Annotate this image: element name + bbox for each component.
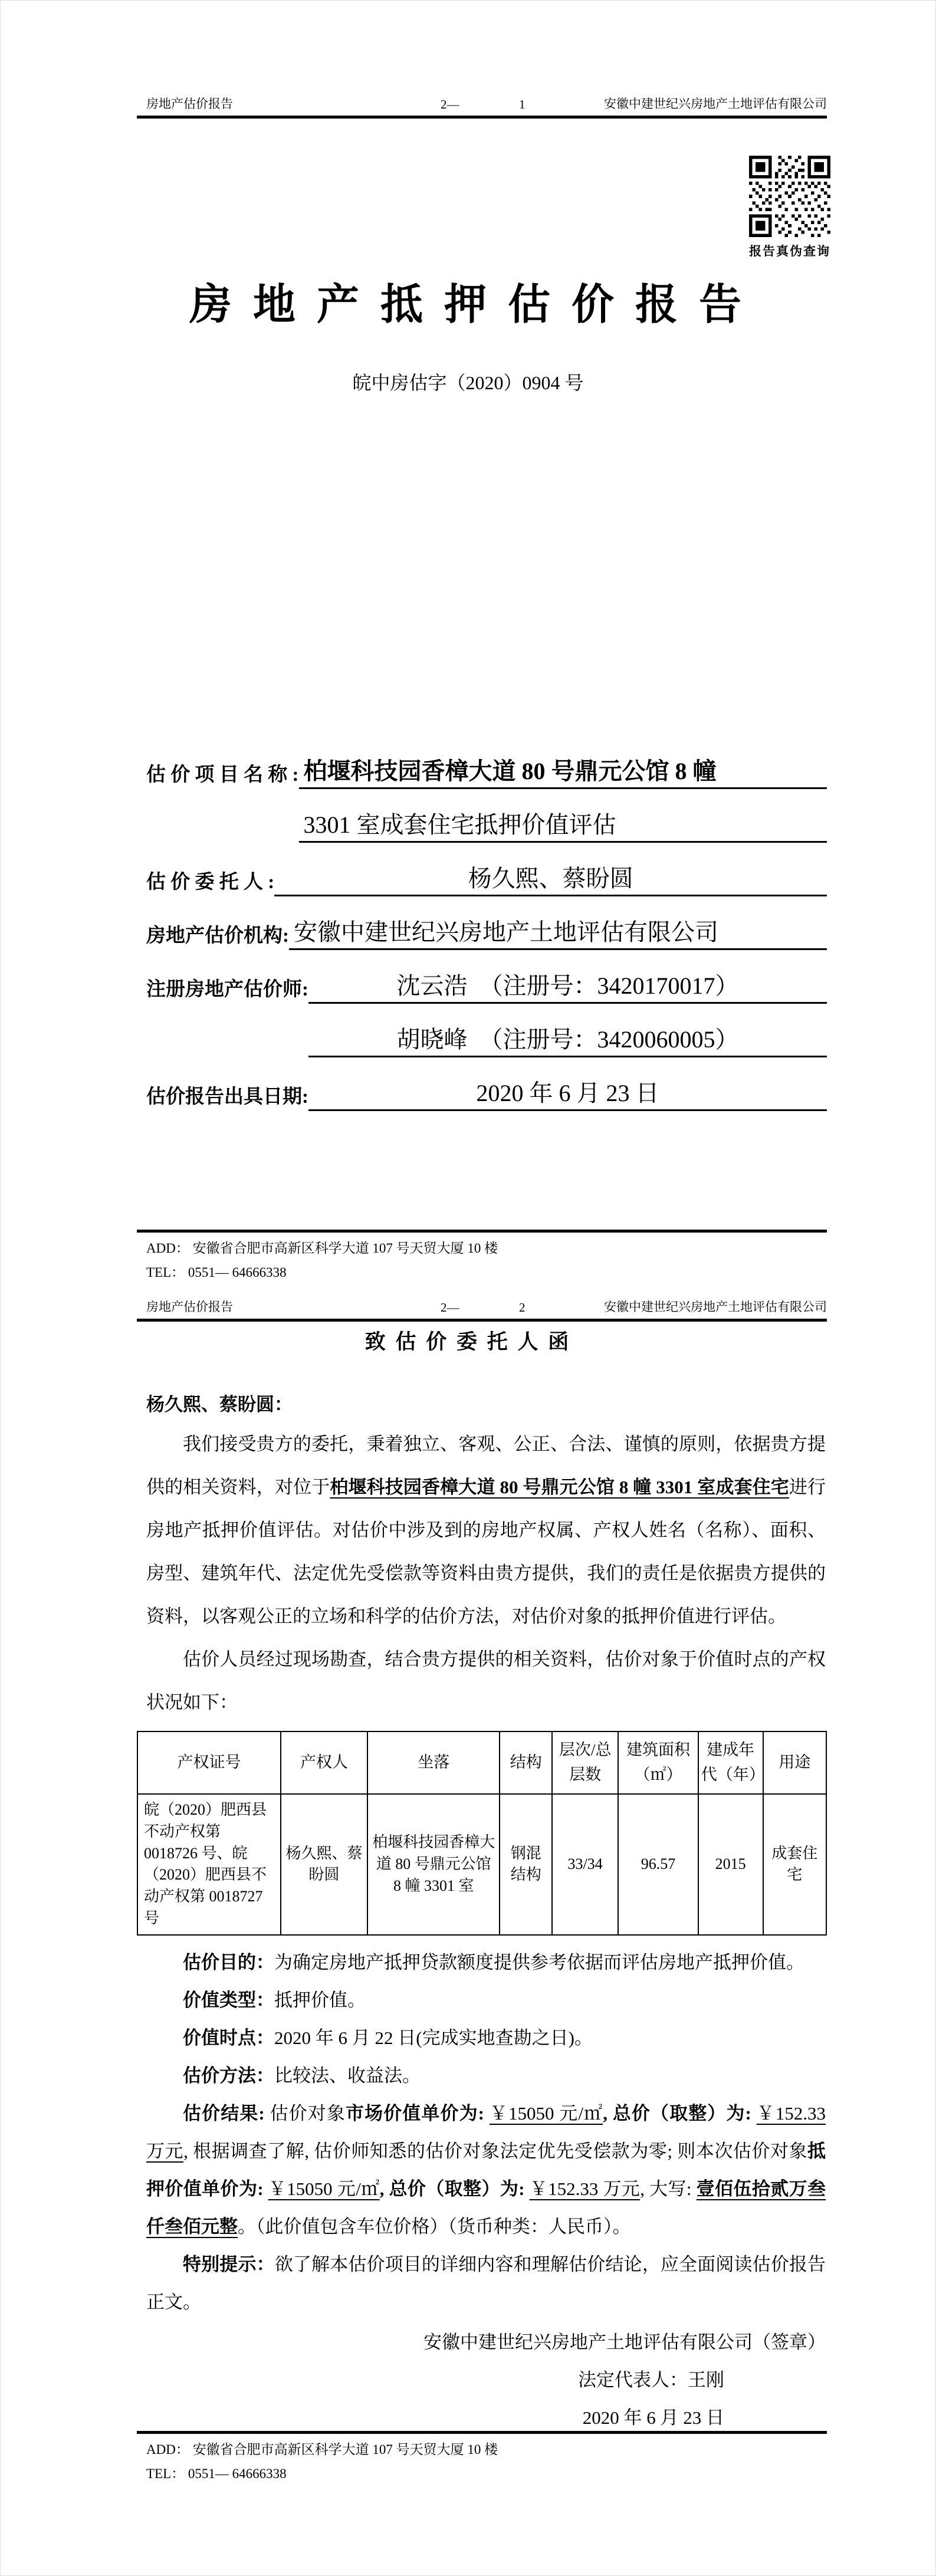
qr-verify-label: 报告真伪查询 [748,242,832,259]
letter-paragraph-1: 我们接受贵方的委托，秉着独立、客观、公正、合法、谨慎的原则，依据贵方提供的相关资… [146,1422,826,1638]
text-run: , [603,2103,613,2124]
table-header-cell: 用途 [763,1731,827,1794]
table-cell: 2015 [698,1794,763,1935]
info-row: 房地产估价机构:安徽中建世纪兴房地产土地评估有限公司 [146,896,827,950]
letter-body: 杨久熙、蔡盼圆： 我们接受贵方的委托，秉着独立、客观、公正、合法、谨慎的原则，依… [146,1387,826,2437]
text-run: 为确定房地产抵押贷款额度提供参考依据而评估房地产抵押价值。 [274,1952,804,1973]
table-header-cell: 坐落 [367,1731,500,1794]
footer-rule [137,2431,827,2434]
report-number: 皖中房估字（2020）0904 号 [0,368,936,395]
info-value: 杨久熙、蔡盼圆 [274,864,827,896]
text-run: , 根据调查了解, 估价师知悉的估价对象法定优先受偿款为零; 则本次估价对象 [183,2141,807,2161]
footer-contact: ADD： 安徽省合肥市高新区科学大道 107 号天贸大厦 10 楼 TEL： 0… [146,2437,498,2486]
header-pages-prefix: 2— [441,97,459,112]
valuation-item: 价值时点：2020 年 6 月 22 日(完成实地查勘之日)。 [146,2019,826,2057]
special-note: 特别提示：欲了解本估价项目的详细内容和理解估价结论，应全面阅读估价报告正文。 [146,2246,826,2321]
text-run: ￥15050 元/㎡ [490,2103,603,2124]
table-row: 皖（2020）肥西县不动产权第 0018726 号、皖（2020）肥西县不动产权… [137,1794,826,1935]
signature-legal-rep: 法定代表人：王刚 [146,2361,826,2399]
text-run: 总价（取整）为: [613,2103,757,2124]
text-run: ￥152.33 万元 [530,2179,641,2199]
signature-company: 安徽中建世纪兴房地产土地评估有限公司（签章） [146,2324,826,2361]
table-header-cell: 结构 [500,1731,552,1794]
table-cell: 成套住宅 [763,1794,827,1935]
table-cell: 柏堰科技园香樟大道 80 号鼎元公馆 8 幢 3301 室 [367,1794,500,1935]
table-cell: 33/34 [552,1794,618,1935]
info-value: 安徽中建世纪兴房地产土地评估有限公司 [289,918,827,950]
info-row: 估价报告出具日期:2020 年 6 月 23 日 [146,1057,827,1111]
table-cell: 96.57 [618,1794,698,1935]
text-run: 总价（取整）为: [389,2179,530,2199]
table-cell: 钢混结构 [500,1794,552,1935]
footer-address: ADD： 安徽省合肥市高新区科学大道 107 号天贸大厦 10 楼 [146,2437,498,2462]
valuation-item: 价值类型：抵押价值。 [146,1982,826,2019]
text-run: ￥15050 元/㎡ [268,2179,380,2199]
footer-rule [137,1230,827,1233]
info-label: 房地产估价机构: [146,920,289,950]
report-title: 房 地 产 抵 押 估 价 报 告 [0,270,936,331]
table-header-cell: 层次/总 层数 [552,1731,618,1794]
info-label: 估 价 项 目 名 称 : [146,759,299,789]
table-header-cell: 产权证号 [137,1731,281,1794]
header-doc-type: 房地产估价报告 [146,94,233,112]
letter-title: 致 估 价 委 托 人 函 [0,1326,936,1355]
text-run: 市场价值单价为: [346,2103,490,2124]
info-row: 估 价 项 目 名 称 :柏堰科技园香樟大道 80 号鼎元公馆 8 幢 [146,735,827,789]
footer-address: ADD： 安徽省合肥市高新区科学大道 107 号天贸大厦 10 楼 [146,1236,498,1260]
text-run: 估价对象 [270,2103,346,2124]
valuation-item: 估价方法：比较法、收益法。 [146,2057,826,2095]
report-page: 房地产估价报告 2— 1 安徽中建世纪兴房地产土地评估有限公司 报告真伪查询 房… [0,0,936,2576]
table-header-cell: 建筑面积 （㎡） [618,1731,698,1794]
info-value: 3301 室成套住宅抵押价值评估 [299,810,827,843]
info-value: 柏堰科技园香樟大道 80 号鼎元公馆 8 幢 [299,757,827,789]
valuation-result: 估价结果: 估价对象市场价值单价为: ￥15050 元/㎡, 总价（取整）为: … [146,2095,826,2246]
info-label: 估价报告出具日期: [146,1081,308,1111]
info-label: 注册房地产估价师: [146,974,308,1004]
header-company-name: 安徽中建世纪兴房地产土地评估有限公司 [604,1297,827,1315]
text-run: 进行房地产抵押价值评估。对估价中涉及到的房地产权属、产权人姓名（名称）、面积、房… [146,1477,826,1627]
header-company-name: 安徽中建世纪兴房地产土地评估有限公司 [604,94,827,112]
footer-phone: TEL： 0551— 64666338 [146,1260,498,1284]
text-run: , 大写: [640,2179,696,2199]
text-run: 价值时点： [183,2028,274,2048]
property-rights-table: 产权证号产权人坐落结构层次/总 层数建筑面积 （㎡）建成年 代（年）用途皖（20… [137,1731,827,1936]
info-row: 注册房地产估价师:沈云浩 （注册号：3420170017） [146,950,827,1004]
header-page-number: 2 [519,1300,526,1315]
table-header-cell: 产权人 [281,1731,367,1794]
header-page-number: 1 [519,97,526,112]
page1-running-header: 房地产估价报告 2— 1 安徽中建世纪兴房地产土地评估有限公司 [137,88,827,119]
text-run: 2020 年 6 月 22 日(完成实地查勘之日)。 [274,2028,593,2048]
valuation-item: 估价目的：为确定房地产抵押贷款额度提供参考依据而评估房地产抵押价值。 [146,1944,826,1982]
cover-info-block: 估 价 项 目 名 称 :柏堰科技园香樟大道 80 号鼎元公馆 8 幢估 价 项… [146,735,827,1111]
header-pages-prefix: 2— [441,1300,459,1315]
letter-paragraph-2: 估价人员经过现场勘查，结合贵方提供的相关资料，估价对象于价值时点的产权状况如下： [146,1638,826,1724]
signature-block: 安徽中建世纪兴房地产土地评估有限公司（签章） 法定代表人：王刚 2020 年 6… [146,2324,826,2437]
footer-phone: TEL： 0551— 64666338 [146,2462,498,2486]
text-run: 估价目的： [183,1952,274,1973]
salutation: 杨久熙、蔡盼圆： [146,1387,826,1422]
text-run: 特别提示： [183,2254,275,2275]
qr-code-icon [749,156,830,237]
text-run: 。（此价值包含车位价格）（货币种类：人民币）。 [238,2216,631,2237]
info-value: 胡晓峰 （注册号：3420060005） [308,1025,827,1057]
table-cell: 杨久熙、蔡盼圆 [281,1794,367,1935]
valuation-items: 估价目的：为确定房地产抵押贷款额度提供参考依据而评估房地产抵押价值。价值类型：抵… [146,1944,826,2095]
text-run: 估价结果: [183,2103,270,2124]
text-run: 比较法、收益法。 [274,2065,421,2086]
text-run: 价值类型： [183,1990,274,2010]
info-label: 估 价 委 托 人 : [146,866,274,896]
text-run: , [380,2179,389,2199]
text-run: 抵押价值。 [274,1990,366,2010]
table-header-cell: 建成年 代（年） [698,1731,763,1794]
footer-contact: ADD： 安徽省合肥市高新区科学大道 107 号天贸大厦 10 楼 TEL： 0… [146,1236,498,1284]
text-run: 柏堰科技园香樟大道 80 号鼎元公馆 8 幢 3301 室成套住宅 [330,1477,789,1497]
info-row: 估 价 委 托 人 :杨久熙、蔡盼圆 [146,843,827,896]
info-row: 注册房地产估价师:胡晓峰 （注册号：3420060005） [146,1004,827,1057]
info-row: 估 价 项 目 名 称 :3301 室成套住宅抵押价值评估 [146,789,827,843]
qr-block: 报告真伪查询 [748,156,832,259]
header-doc-type: 房地产估价报告 [146,1297,233,1315]
info-value: 沈云浩 （注册号：3420170017） [308,971,827,1004]
page2-running-header: 房地产估价报告 2— 2 安徽中建世纪兴房地产土地评估有限公司 [137,1292,827,1322]
info-value: 2020 年 6 月 23 日 [308,1079,827,1111]
text-run: 估价方法： [183,2065,274,2086]
table-cell: 皖（2020）肥西县不动产权第 0018726 号、皖（2020）肥西县不动产权… [137,1794,281,1935]
